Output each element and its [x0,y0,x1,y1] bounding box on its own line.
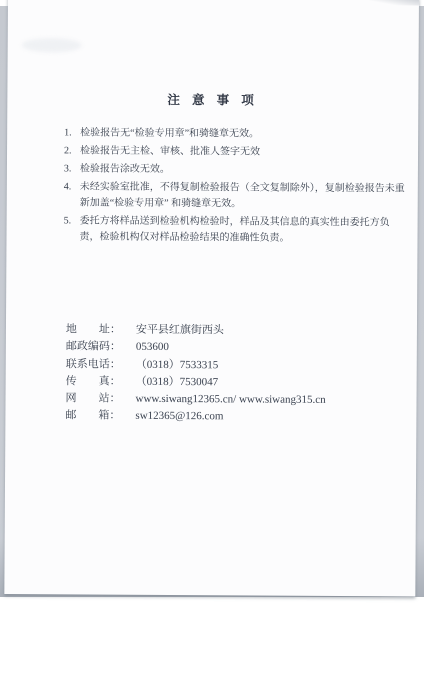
note-number: 1. [64,125,80,141]
contact-row-website: 网 站： www.siwang12365.cn/ www.siwang315.c… [65,391,325,410]
contact-value: 安平县红旗街西头 [136,322,224,340]
note-item: 5. 委托方将样品送到检验机构检验时，样品及其信息的真实性由委托方负责，检验机构… [63,213,411,247]
contact-label: 邮政编码： [66,339,128,357]
note-item: 1. 检验报告无“检验专用章”和骑缝章无效。 [64,125,412,143]
note-text: 未经实验室批准，不得复制检验报告（全文复制除外），复制检验报告未重新加盖“检验专… [80,179,407,213]
note-item: 2. 检验报告无主检、审核、批准人签字无效 [64,143,412,161]
contact-block: 地 址： 安平县红旗街西头 邮政编码： 053600 联系电话： （0318）7… [65,321,326,426]
note-number: 3. [64,161,80,177]
note-number: 4. [64,179,80,211]
contact-label: 传 真： [66,373,128,391]
contact-label: 网 站： [65,391,127,409]
note-item: 4. 未经实验室批准，不得复制检验报告（全文复制除外），复制检验报告未重新加盖“… [64,179,412,213]
note-number: 5. [63,213,79,245]
contact-label: 地 址： [66,321,128,339]
notes-list: 1. 检验报告无“检验专用章”和骑缝章无效。 2. 检验报告无主检、审核、批准人… [63,125,412,249]
page-title: 注 意 事 项 [7,89,418,110]
contact-row-address: 地 址： 安平县红旗街西头 [66,321,326,340]
contact-label: 联系电话： [66,356,128,374]
document-page: 注 意 事 项 1. 检验报告无“检验专用章”和骑缝章无效。 2. 检验报告无主… [4,0,419,596]
contact-value: www.siwang12365.cn/ www.siwang315.cn [135,391,325,409]
contact-value: 053600 [136,339,169,356]
contact-value: sw12365@126.com [135,408,223,426]
note-number: 2. [64,143,80,159]
scanned-document: { "document": { "title": "注 意 事 项", "not… [0,0,424,700]
note-text: 委托方将样品送到检验机构检验时，样品及其信息的真实性由委托方负责，检验机构仅对样… [79,213,406,247]
note-text: 检验报告无主检、审核、批准人签字无效 [80,143,407,161]
scan-artifact-corner-shadow [369,0,419,6]
contact-row-fax: 传 真： （0318）7530047 [66,373,326,392]
contact-value: （0318）7530047 [136,374,219,392]
contact-row-email: 邮 箱： sw12365@126.com [65,408,325,427]
contact-row-postal-code: 邮政编码： 053600 [66,339,326,358]
contact-row-phone: 联系电话： （0318）7533315 [66,356,326,375]
scan-artifact-smudge [22,38,82,52]
contact-value: （0318）7533315 [136,356,219,374]
contact-label: 邮 箱： [65,408,127,426]
note-item: 3. 检验报告涂改无效。 [64,161,412,179]
note-text: 检验报告涂改无效。 [80,161,407,179]
note-text: 检验报告无“检验专用章”和骑缝章无效。 [80,125,407,143]
